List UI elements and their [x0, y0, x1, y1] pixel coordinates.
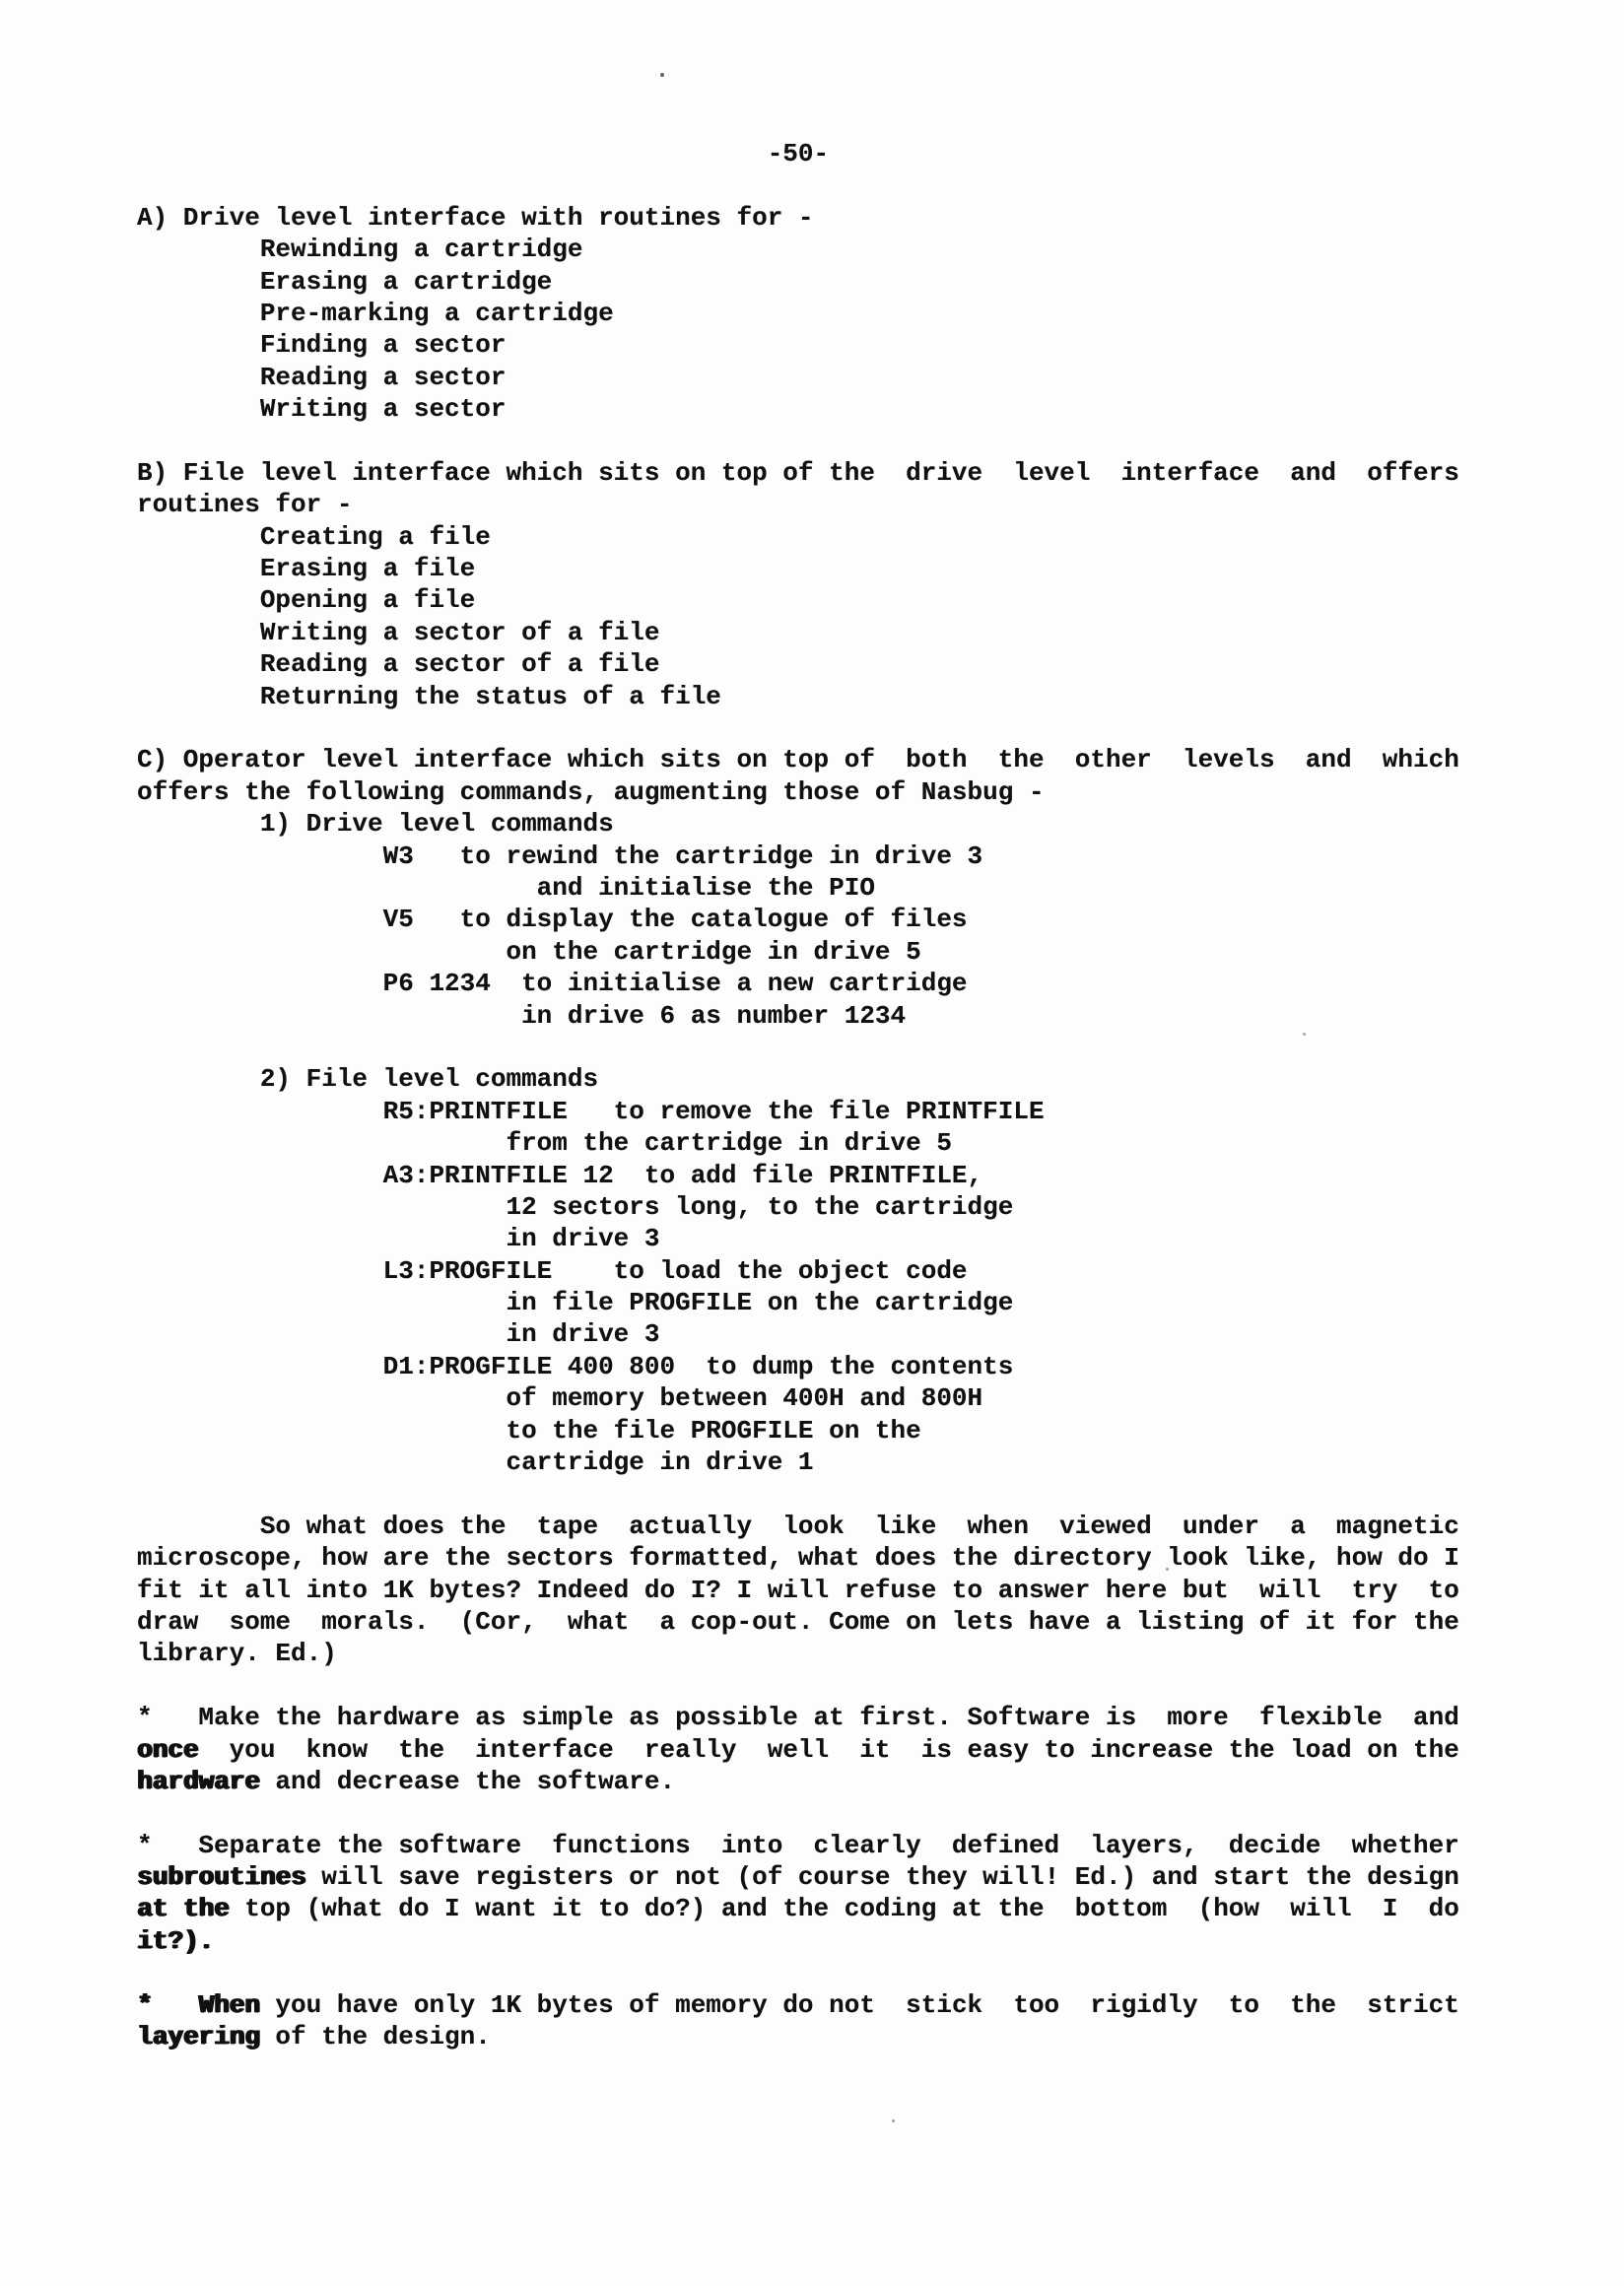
text-line: in drive 6 as number 1234 — [137, 1000, 1459, 1032]
scan-speck — [1303, 1033, 1306, 1036]
overstruck-text: * When — [137, 1990, 260, 2020]
text-line: it?). — [137, 1925, 1459, 1957]
text-line: in file PROGFILE on the cartridge — [137, 1287, 1459, 1318]
text-line: once you know the interface really well … — [137, 1734, 1459, 1766]
text-line: 12 sectors long, to the cartridge — [137, 1191, 1459, 1223]
text-line: Opening a file — [137, 584, 1459, 616]
overstruck-text: subroutines — [137, 1862, 306, 1892]
text-line: library. Ed.) — [137, 1638, 1459, 1669]
text-line: Reading a sector of a file — [137, 648, 1459, 680]
text-line: to the file PROGFILE on the — [137, 1415, 1459, 1446]
line-text: you know the interface really well it is… — [198, 1735, 1458, 1765]
line-text: will save registers or not (of course th… — [306, 1862, 1459, 1892]
text-line: A) Drive level interface with routines f… — [137, 202, 1459, 234]
text-line — [137, 426, 1459, 457]
text-line: D1:PROGFILE 400 800 to dump the contents — [137, 1351, 1459, 1382]
text-line: Reading a sector — [137, 362, 1459, 393]
text-line: Writing a sector — [137, 393, 1459, 425]
text-line: Pre-marking a cartridge — [137, 298, 1459, 329]
scan-speck — [1166, 1568, 1169, 1571]
page-number: -50- — [137, 138, 1459, 169]
text-line: offers the following commands, augmentin… — [137, 776, 1459, 808]
text-line: Writing a sector of a file — [137, 617, 1459, 648]
text-line: microscope, how are the sectors formatte… — [137, 1542, 1459, 1574]
overstruck-text: hardware — [137, 1767, 260, 1796]
text-line: L3:PROGFILE to load the object code — [137, 1255, 1459, 1287]
text-line: W3 to rewind the cartridge in drive 3 — [137, 840, 1459, 872]
text-line: Rewinding a cartridge — [137, 234, 1459, 265]
text-line: layering of the design. — [137, 2021, 1459, 2052]
text-line: 2) File level commands — [137, 1063, 1459, 1095]
text-line — [137, 1670, 1459, 1702]
text-line: in drive 3 — [137, 1318, 1459, 1350]
text-line: from the cartridge in drive 5 — [137, 1127, 1459, 1159]
text-line: A3:PRINTFILE 12 to add file PRINTFILE, — [137, 1160, 1459, 1191]
text-line — [137, 1797, 1459, 1829]
text-line: subroutines will save registers or not (… — [137, 1861, 1459, 1893]
text-line: Creating a file — [137, 521, 1459, 553]
text-line: on the cartridge in drive 5 — [137, 936, 1459, 968]
text-line: * Separate the software functions into c… — [137, 1830, 1459, 1861]
text-line: in drive 3 — [137, 1223, 1459, 1254]
scan-speck — [1409, 759, 1412, 762]
overstruck-text: it?). — [137, 1926, 214, 1956]
text-line: and initialise the PIO — [137, 872, 1459, 904]
text-line: at the top (what do I want it to do?) an… — [137, 1893, 1459, 1924]
line-text: top (what do I want it to do?) and the c… — [230, 1894, 1459, 1923]
text-line: R5:PRINTFILE to remove the file PRINTFIL… — [137, 1096, 1459, 1127]
text-line — [137, 712, 1459, 744]
scan-speck — [660, 73, 664, 77]
document-lines: A) Drive level interface with routines f… — [137, 169, 1459, 2052]
text-line: So what does the tape actually look like… — [137, 1511, 1459, 1542]
text-line: draw some morals. (Cor, what a cop-out. … — [137, 1606, 1459, 1638]
text-line: Erasing a file — [137, 553, 1459, 584]
text-line: C) Operator level interface which sits o… — [137, 744, 1459, 775]
text-line: P6 1234 to initialise a new cartridge — [137, 968, 1459, 999]
overstruck-text: at the — [137, 1894, 230, 1923]
text-line — [137, 1478, 1459, 1510]
text-line — [137, 169, 1459, 201]
line-text: you have only 1K bytes of memory do not … — [260, 1990, 1459, 2020]
text-line — [137, 1957, 1459, 1988]
text-line: B) File level interface which sits on to… — [137, 457, 1459, 489]
scanned-page: -50- A) Drive level interface with routi… — [0, 0, 1624, 2286]
text-line: Finding a sector — [137, 329, 1459, 361]
text-line: Returning the status of a file — [137, 681, 1459, 712]
text-line — [137, 1032, 1459, 1063]
text-line: cartridge in drive 1 — [137, 1446, 1459, 1478]
text-line: routines for - — [137, 489, 1459, 520]
scan-speck — [892, 2119, 895, 2122]
text-line: of memory between 400H and 800H — [137, 1382, 1459, 1414]
text-line: fit it all into 1K bytes? Indeed do I? I… — [137, 1575, 1459, 1606]
overstruck-text: layering — [137, 2022, 260, 2051]
text-line: V5 to display the catalogue of files — [137, 904, 1459, 935]
text-line: hardware and decrease the software. — [137, 1766, 1459, 1797]
text-line: 1) Drive level commands — [137, 808, 1459, 840]
line-text: of the design. — [260, 2022, 491, 2051]
line-text: and decrease the software. — [260, 1767, 675, 1796]
text-line: * Make the hardware as simple as possibl… — [137, 1702, 1459, 1733]
text-line: Erasing a cartridge — [137, 266, 1459, 298]
page-content: -50- A) Drive level interface with routi… — [137, 138, 1459, 2052]
overstruck-text: once — [137, 1735, 198, 1765]
text-line: * When you have only 1K bytes of memory … — [137, 1989, 1459, 2021]
